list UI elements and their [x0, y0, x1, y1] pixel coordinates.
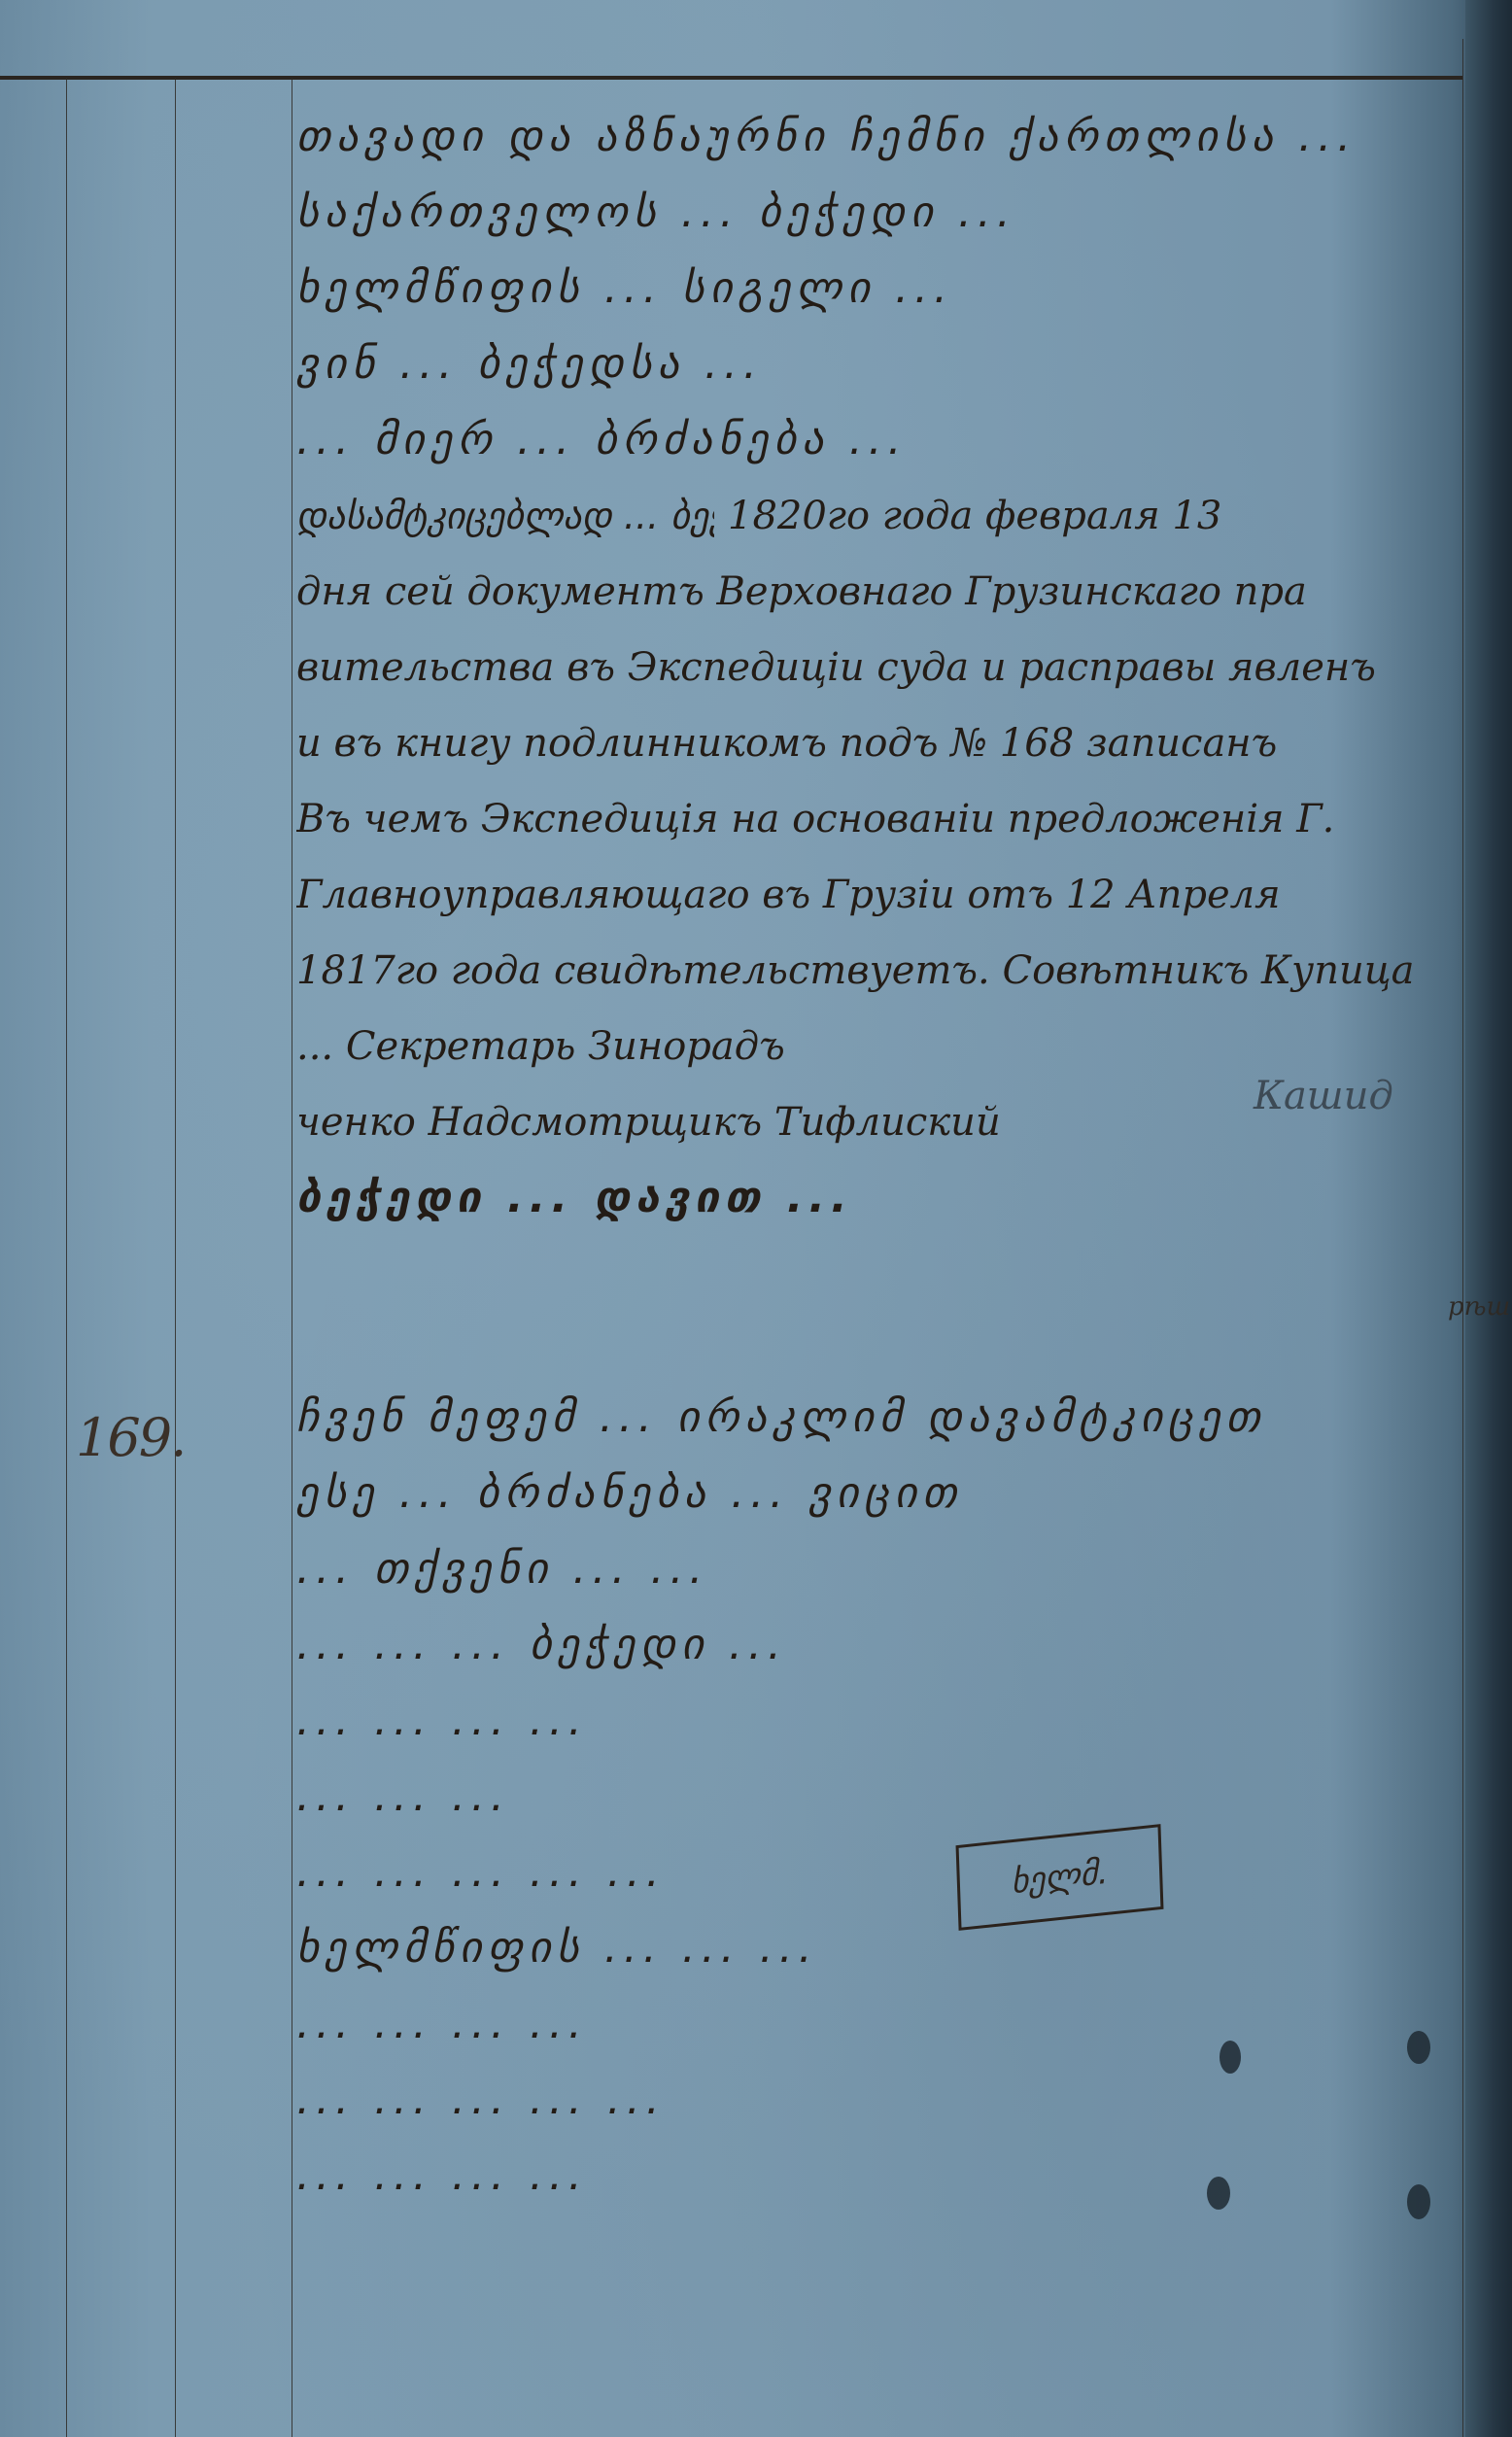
ink-blot — [1407, 2184, 1430, 2219]
pencil-margin-note: Кашид — [1254, 1074, 1393, 1118]
ink-blot — [1207, 2177, 1230, 2210]
georgian-line: ჩვენ მეფემ ... ირაკლიმ დავამტკიცეთ — [296, 1380, 1458, 1456]
georgian-line: ხელმწიფის ... ... ... — [296, 1910, 1458, 1986]
georgian-line: ... ... ... — [296, 1759, 1458, 1835]
mixed-line: დასამტკიცებლად ... ბეჭედი ... 1820го год… — [296, 478, 1458, 554]
column-rule-2 — [175, 78, 176, 2437]
book-binding-edge — [1465, 0, 1512, 2437]
ink-blot — [1407, 2031, 1430, 2064]
georgian-line: ... ... ... ... — [296, 1683, 1458, 1759]
header-ruled-line — [0, 76, 1462, 80]
column-rule-3 — [292, 78, 292, 2437]
column-rule-1 — [66, 78, 67, 2437]
georgian-line: თავადი და აზნაურნი ჩემნი ქართლისა ... — [296, 99, 1458, 175]
entry-169-text: ჩვენ მეფემ ... ირაკლიმ დავამტკიცეთ ესე .… — [296, 1380, 1458, 2214]
georgian-line: ვინ ... ბეჭედსა ... — [296, 326, 1458, 402]
column-rule-right — [1462, 39, 1463, 2437]
russian-line: вительства въ Экспедиціи суда и расправы… — [296, 630, 1458, 705]
georgian-line: ... ... ... ... — [296, 1986, 1458, 2062]
entry-168-text: თავადი და აზნაურნი ჩემნი ქართლისა ... სა… — [296, 99, 1458, 1236]
manuscript-page: თავადი და აზნაურნი ჩემნი ქართლისა ... სა… — [0, 0, 1512, 2437]
russian-line: Въ чемъ Экспедиція на основаніи предложе… — [296, 781, 1458, 857]
russian-line: Главноуправляющаго въ Грузіи отъ 12 Апре… — [296, 857, 1458, 933]
russian-line: 1817го года свидѣтельствуетъ. Совѣтникъ … — [296, 933, 1458, 1009]
georgian-line: ხელმწიფის ... სიგელი ... — [296, 251, 1458, 326]
georgian-line: ... ... ... ... — [296, 2138, 1458, 2214]
ink-blot — [1220, 2041, 1241, 2074]
entry-number: 169. — [76, 1407, 185, 1468]
russian-line: и въ книгу подлинникомъ подъ № 168 запис… — [296, 705, 1458, 781]
georgian-line: ესე ... ბრძანება ... ვიცით — [296, 1456, 1458, 1531]
edge-note: рѣш — [1448, 1292, 1510, 1321]
georgian-fragment: დასამტკიცებლად ... ბეჭედი ... — [296, 478, 714, 554]
georgian-line: ... ... ... ბეჭედი ... — [296, 1607, 1458, 1683]
georgian-line: ... ... ... ... ... — [296, 2062, 1458, 2138]
georgian-line: ... მიერ ... ბრძანება ... — [296, 402, 1458, 478]
russian-date-line: 1820го года февраля 13 — [728, 478, 1221, 554]
georgian-line: ... თქვენი ... ... — [296, 1531, 1458, 1607]
russian-line: дня сей документъ Верховнаго Грузинскаго… — [296, 554, 1458, 630]
georgian-line: საქართველოს ... ბეჭედი ... — [296, 175, 1458, 251]
georgian-line: ... ... ... ... ... — [296, 1835, 1458, 1910]
georgian-signature: ბეჭედი ... დავით ... — [296, 1160, 1458, 1236]
